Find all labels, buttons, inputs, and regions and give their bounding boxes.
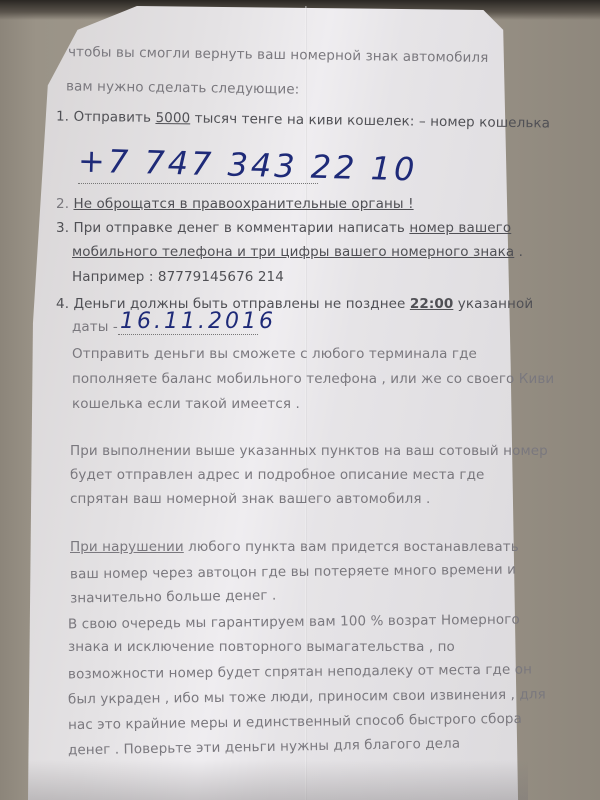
step-4-date-label: даты - — [72, 319, 118, 335]
step-3-line-1: 3. При отправке денег в комментарии напи… — [56, 220, 511, 236]
step-3-underlined-1: номер вашего — [409, 220, 511, 236]
step-3-number: 3. — [56, 220, 69, 236]
step-4-line-5: кошелька если такой имеется . — [72, 396, 300, 412]
step-2: 2. Не оброщатся в правоохранительные орг… — [56, 196, 414, 212]
step-1-amount: 5000 — [155, 110, 190, 126]
step-2-number: 2. — [56, 196, 69, 212]
delivery-line-1: При выполнении выше указанных пунктов на… — [70, 443, 548, 459]
paper-crease-shadow — [28, 760, 528, 800]
step-3-example: Например : 87779145676 214 — [72, 269, 284, 285]
step-1-number: 1. — [56, 109, 69, 125]
step-3-line-2-after: . — [514, 244, 523, 260]
deadline-time: 22:00 — [410, 296, 453, 312]
step-3-line-2: мобильного телефона и три цифры вашего н… — [72, 244, 523, 260]
step-4-line-4: пополняете баланс мобильного телефона , … — [72, 371, 554, 387]
intro-line-2: вам нужно сделать следующие: — [66, 78, 300, 97]
step-4-number: 4. — [56, 296, 69, 312]
warning-line-1-after: любого пункта вам придется востанавлеват… — [184, 539, 519, 555]
delivery-line-3: спрятан ваш номерной знак вашего автомоб… — [70, 491, 430, 507]
warning-line-5: знака и исключение повторного вымагатель… — [68, 639, 455, 655]
warning-line-1: При нарушении любого пункта вам придется… — [70, 539, 519, 555]
step-4-text-after: указанной — [453, 296, 533, 312]
warning-line-3: значительно больше денег . — [70, 588, 277, 607]
step-4-line-3: Отправить деньги вы сможете с любого тер… — [72, 346, 477, 362]
warning-underlined: При нарушении — [70, 539, 184, 555]
delivery-line-2: будет отправлен адрес и подробное описан… — [70, 467, 484, 483]
step-3-underlined-2: мобильного телефона и три цифры вашего н… — [72, 244, 514, 260]
handwritten-date: 16.11.2016 — [120, 309, 276, 334]
step-3-text-before: При отправке денег в комментарии написат… — [74, 220, 410, 236]
step-1-text-before: Отправить — [73, 109, 155, 126]
date-dotted-line — [118, 334, 258, 335]
step-2-text: Не оброщатся в правоохранительные органы… — [74, 196, 414, 212]
